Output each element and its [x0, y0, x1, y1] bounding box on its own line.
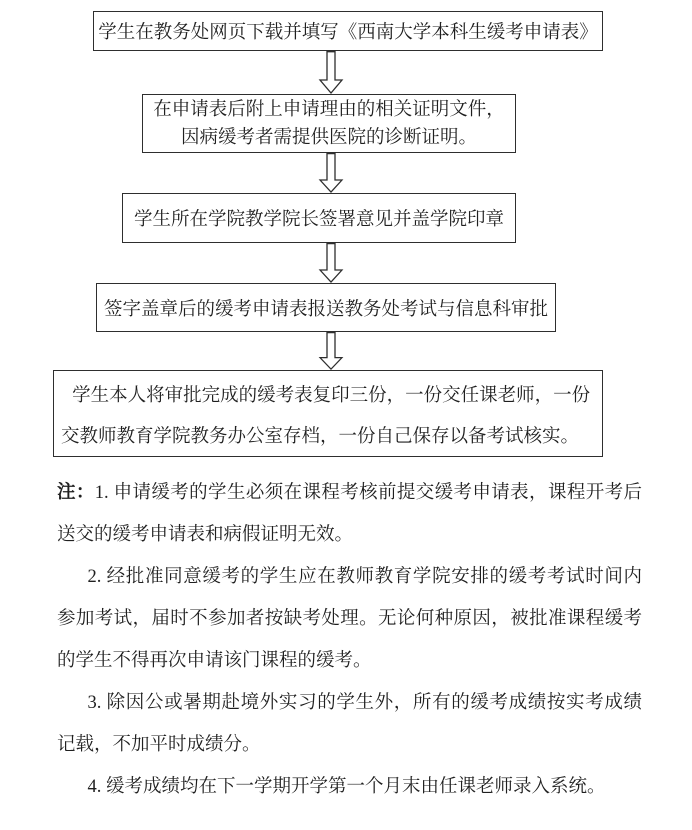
- flow-step-1-text: 学生在教务处网页下载并填写《西南大学本科生缓考申请表》: [98, 18, 598, 44]
- notes-section: 注：1. 申请缓考的学生必须在课程考核前提交缓考申请表，课程开考后送交的缓考申请…: [57, 472, 642, 808]
- flow-step-3: 学生所在学院教学院长签署意见并盖学院印章: [122, 193, 516, 243]
- flow-step-1: 学生在教务处网页下载并填写《西南大学本科生缓考申请表》: [93, 11, 603, 51]
- note-item-2: 2. 经批准同意缓考的学生应在教师教育学院安排的缓考考试时间内参加考试，届时不参…: [57, 556, 642, 682]
- flow-step-4: 签字盖章后的缓考申请表报送教务处考试与信息科审批: [96, 283, 556, 332]
- note-item-1: 注：1. 申请缓考的学生必须在课程考核前提交缓考申请表，课程开考后送交的缓考申请…: [57, 472, 642, 556]
- down-arrow-icon: [318, 153, 344, 193]
- down-arrow-icon: [318, 51, 344, 94]
- down-arrow-icon: [318, 332, 344, 370]
- flow-step-3-text: 学生所在学院教学院长签署意见并盖学院印章: [134, 205, 504, 231]
- note-item-1-text: 1. 申请缓考的学生必须在课程考核前提交缓考申请表，课程开考后送交的缓考申请表和…: [57, 483, 642, 545]
- document-page: 学生在教务处网页下载并填写《西南大学本科生缓考申请表》 在申请表后附上申请理由的…: [0, 0, 692, 830]
- note-item-4: 4. 缓考成绩均在下一学期开学第一个月末由任课老师录入系统。: [57, 766, 642, 808]
- flow-step-4-text: 签字盖章后的缓考申请表报送教务处考试与信息科审批: [104, 295, 548, 321]
- flow-step-5: 学生本人将审批完成的缓考表复印三份，一份交任课老师，一份 交教师教育学院教务办公…: [53, 370, 603, 457]
- flow-step-2-line-1: 在申请表后附上申请理由的相关证明文件，: [153, 96, 505, 124]
- notes-label: 注：: [57, 483, 95, 503]
- note-item-3: 3. 除因公或暑期赴境外实习的学生外，所有的缓考成绩按实考成绩记载，不加平时成绩…: [57, 682, 642, 766]
- flow-step-2: 在申请表后附上申请理由的相关证明文件， 因病缓考者需提供医院的诊断证明。: [142, 94, 516, 153]
- flow-step-5-line-2: 交教师教育学院教务办公室存档，一份自己保存以备考试核实。: [61, 417, 579, 458]
- flow-step-5-line-1: 学生本人将审批完成的缓考表复印三份，一份交任课老师，一份: [61, 376, 590, 417]
- flow-step-2-line-2: 因病缓考者需提供医院的诊断证明。: [181, 124, 477, 152]
- down-arrow-icon: [318, 243, 344, 283]
